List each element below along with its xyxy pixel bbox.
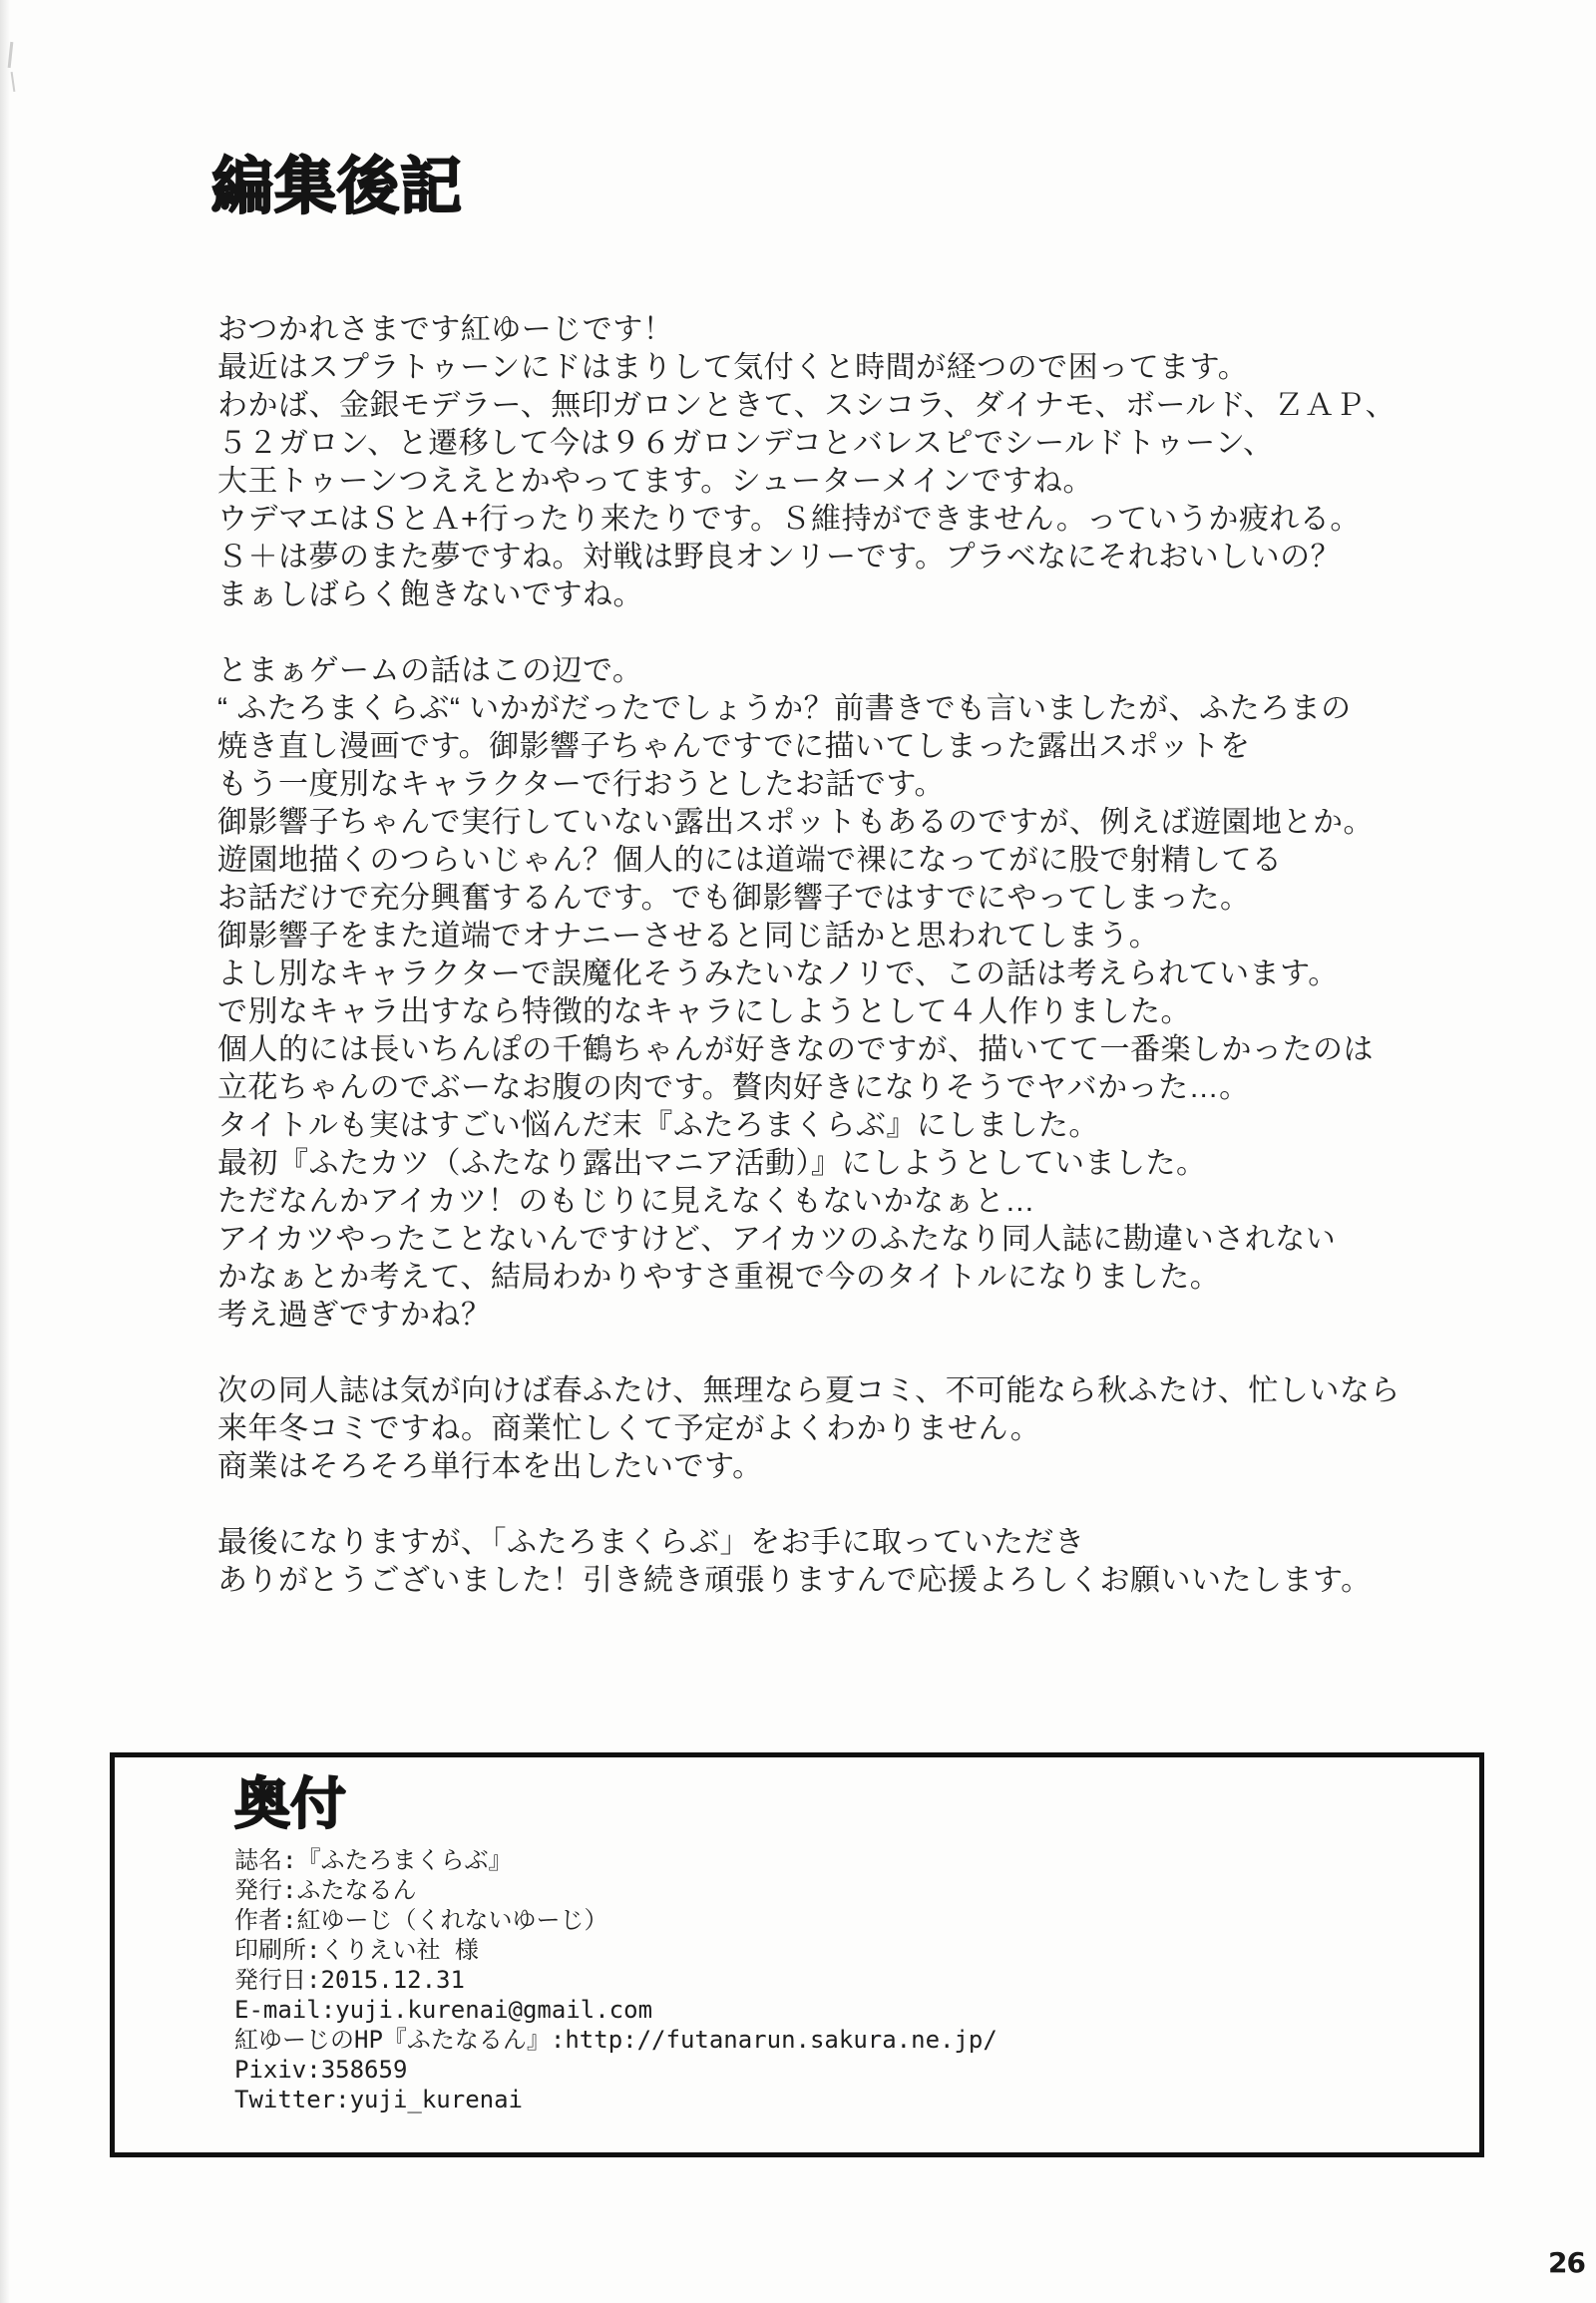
text-line: 最初『ふたカツ（ふたなり露出マニア活動）』にしようとしていました。 bbox=[217, 1145, 1514, 1183]
afterword-paragraph: とまぁゲームの話はこの辺で。“ ふたろまくらぶ“ いかがだったでしょうか？前書き… bbox=[217, 652, 1514, 1335]
scan-artifact bbox=[11, 72, 16, 92]
text-line: ５２ガロン、と遷移して今は９６ガロンデコとバレスピでシールドトゥーン、 bbox=[217, 425, 1514, 463]
text-line: で別なキャラ出すなら特徴的なキャラにしようとして４人作りました。 bbox=[217, 993, 1514, 1031]
page-title: 編集後記 bbox=[211, 148, 463, 227]
colophon-line: 作者:紅ゆーじ（くれないゆーじ） bbox=[234, 1905, 1479, 1935]
text-line: ありがとうございました！引き続き頑張りますんで応援よろしくお願いいたします。 bbox=[217, 1562, 1514, 1600]
text-line: かなぁとか考えて、結局わかりやすさ重視で今のタイトルになりました。 bbox=[217, 1259, 1514, 1297]
text-line: 遊園地描くのつらいじゃん？個人的には道端で裸になってがに股で射精してる bbox=[217, 842, 1514, 880]
text-line: 次の同人誌は気が向けば春ふたけ、無理なら夏コミ、不可能なら秋ふたけ、忙しいなら bbox=[217, 1372, 1514, 1410]
colophon-line: 紅ゆーじのHP『ふたなるん』:http://futanarun.sakura.n… bbox=[234, 2025, 1479, 2055]
colophon-box: 奥付 誌名:『ふたろまくらぶ』発行:ふたなるん作者:紅ゆーじ（くれないゆーじ）印… bbox=[110, 1752, 1484, 2157]
text-line: 考え過ぎですかね？ bbox=[217, 1297, 1514, 1335]
scan-edge-shade bbox=[0, 0, 10, 2303]
text-line: タイトルも実はすごい悩んだ末『ふたろまくらぶ』にしました。 bbox=[217, 1107, 1514, 1145]
scanned-page: 編集後記 おつかれさまです紅ゆーじです！最近はスプラトゥーンにドはまりして気付く… bbox=[0, 0, 1596, 2303]
text-line: 最近はスプラトゥーンにドはまりして気付くと時間が経つので困ってます。 bbox=[217, 349, 1514, 387]
text-line: もう一度別なキャラクターで行おうとしたお話です。 bbox=[217, 766, 1514, 804]
colophon-line: 印刷所:くりえい社 様 bbox=[234, 1935, 1479, 1965]
text-line: 大王トゥーンつええとかやってます。シューターメインですね。 bbox=[217, 463, 1514, 501]
text-line: まぁしばらく飽きないですね。 bbox=[217, 576, 1514, 614]
text-line: お話だけで充分興奮するんです。でも御影響子ではすでにやってしまった。 bbox=[217, 880, 1514, 918]
colophon-line: E-mail:yuji.kurenai@gmail.com bbox=[234, 1995, 1479, 2025]
text-line: 御影響子をまた道端でオナニーさせると同じ話かと思われてしまう。 bbox=[217, 918, 1514, 956]
text-line: わかば、金銀モデラー、無印ガロンときて、スシコラ、ダイナモ、ボールド、ＺＡＰ、 bbox=[217, 387, 1514, 425]
text-line: とまぁゲームの話はこの辺で。 bbox=[217, 652, 1514, 690]
scan-artifact bbox=[8, 42, 14, 68]
text-line: 個人的には長いちんぽの千鶴ちゃんが好きなのですが、描いてて一番楽しかったのは bbox=[217, 1031, 1514, 1069]
afterword-text: おつかれさまです紅ゆーじです！最近はスプラトゥーンにドはまりして気付くと時間が経… bbox=[217, 311, 1514, 1600]
text-line: 来年冬コミですね。商業忙しくて予定がよくわかりません。 bbox=[217, 1410, 1514, 1448]
text-line: おつかれさまです紅ゆーじです！ bbox=[217, 311, 1514, 349]
colophon-text: 誌名:『ふたろまくらぶ』発行:ふたなるん作者:紅ゆーじ（くれないゆーじ）印刷所:… bbox=[234, 1845, 1479, 2114]
text-line: 立花ちゃんのでぶーなお腹の肉です。贅肉好きになりそうでヤバかった…。 bbox=[217, 1069, 1514, 1107]
text-line: Ｓ＋は夢のまた夢ですね。対戦は野良オンリーです。プラベなにそれおいしいの？ bbox=[217, 539, 1514, 576]
text-line: “ ふたろまくらぶ“ いかがだったでしょうか？前書きでも言いましたが、ふたろまの bbox=[217, 690, 1514, 728]
text-line: 最後になりますが、「ふたろまくらぶ」をお手に取っていただき bbox=[217, 1524, 1514, 1562]
text-line: ただなんかアイカツ！のもじりに見えなくもないかなぁと… bbox=[217, 1183, 1514, 1221]
colophon-line: Twitter:yuji_kurenai bbox=[234, 2085, 1479, 2114]
text-line: よし別なキャラクターで誤魔化そうみたいなノリで、この話は考えられています。 bbox=[217, 956, 1514, 993]
text-line: 御影響子ちゃんで実行していない露出スポットもあるのですが、例えば遊園地とか。 bbox=[217, 804, 1514, 842]
colophon-line: Pixiv:358659 bbox=[234, 2055, 1479, 2085]
text-line: アイカツやったことないんですけど、アイカツのふたなり同人誌に勘違いされない bbox=[217, 1221, 1514, 1259]
colophon-line: 誌名:『ふたろまくらぶ』 bbox=[234, 1845, 1479, 1875]
colophon-line: 発行日:2015.12.31 bbox=[234, 1965, 1479, 1995]
text-line: ウデマエはＳとＡ+行ったり来たりです。Ｓ維持ができません。っていうか疲れる。 bbox=[217, 501, 1514, 539]
page-number: 26 bbox=[1548, 2246, 1585, 2279]
text-line: 焼き直し漫画です。御影響子ちゃんですでに描いてしまった露出スポットを bbox=[217, 728, 1514, 766]
afterword-paragraph: おつかれさまです紅ゆーじです！最近はスプラトゥーンにドはまりして気付くと時間が経… bbox=[217, 311, 1514, 614]
afterword-paragraph: 最後になりますが、「ふたろまくらぶ」をお手に取っていただきありがとうございました… bbox=[217, 1524, 1514, 1600]
afterword-paragraph: 次の同人誌は気が向けば春ふたけ、無理なら夏コミ、不可能なら秋ふたけ、忙しいなら来… bbox=[217, 1372, 1514, 1486]
colophon-line: 発行:ふたなるん bbox=[234, 1875, 1479, 1905]
text-line: 商業はそろそろ単行本を出したいです。 bbox=[217, 1448, 1514, 1486]
colophon-title: 奥付 bbox=[234, 1773, 1479, 1835]
